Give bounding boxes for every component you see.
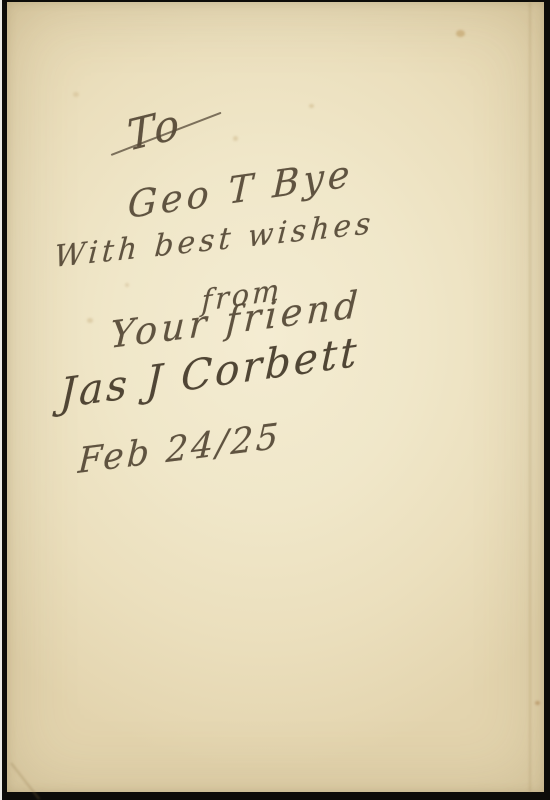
foxing-spot xyxy=(73,92,79,97)
foxing-spot xyxy=(456,30,465,37)
inscription-line-message: With best wishes xyxy=(53,206,376,275)
foxing-spot xyxy=(309,104,314,108)
foxing-spot xyxy=(535,701,540,705)
inscription-line-date: Feb 24/25 xyxy=(77,417,282,482)
foxing-spot xyxy=(125,283,129,287)
page-crease-right xyxy=(529,2,531,792)
photo-frame: To Geo T Bye With best wishes from Your … xyxy=(0,0,550,800)
page-crease-bottom-left xyxy=(10,762,40,799)
foxing-spot xyxy=(233,136,238,141)
scan-edge-sliver xyxy=(0,0,2,800)
book-page: To Geo T Bye With best wishes from Your … xyxy=(7,2,544,792)
foxing-spot xyxy=(87,318,93,323)
